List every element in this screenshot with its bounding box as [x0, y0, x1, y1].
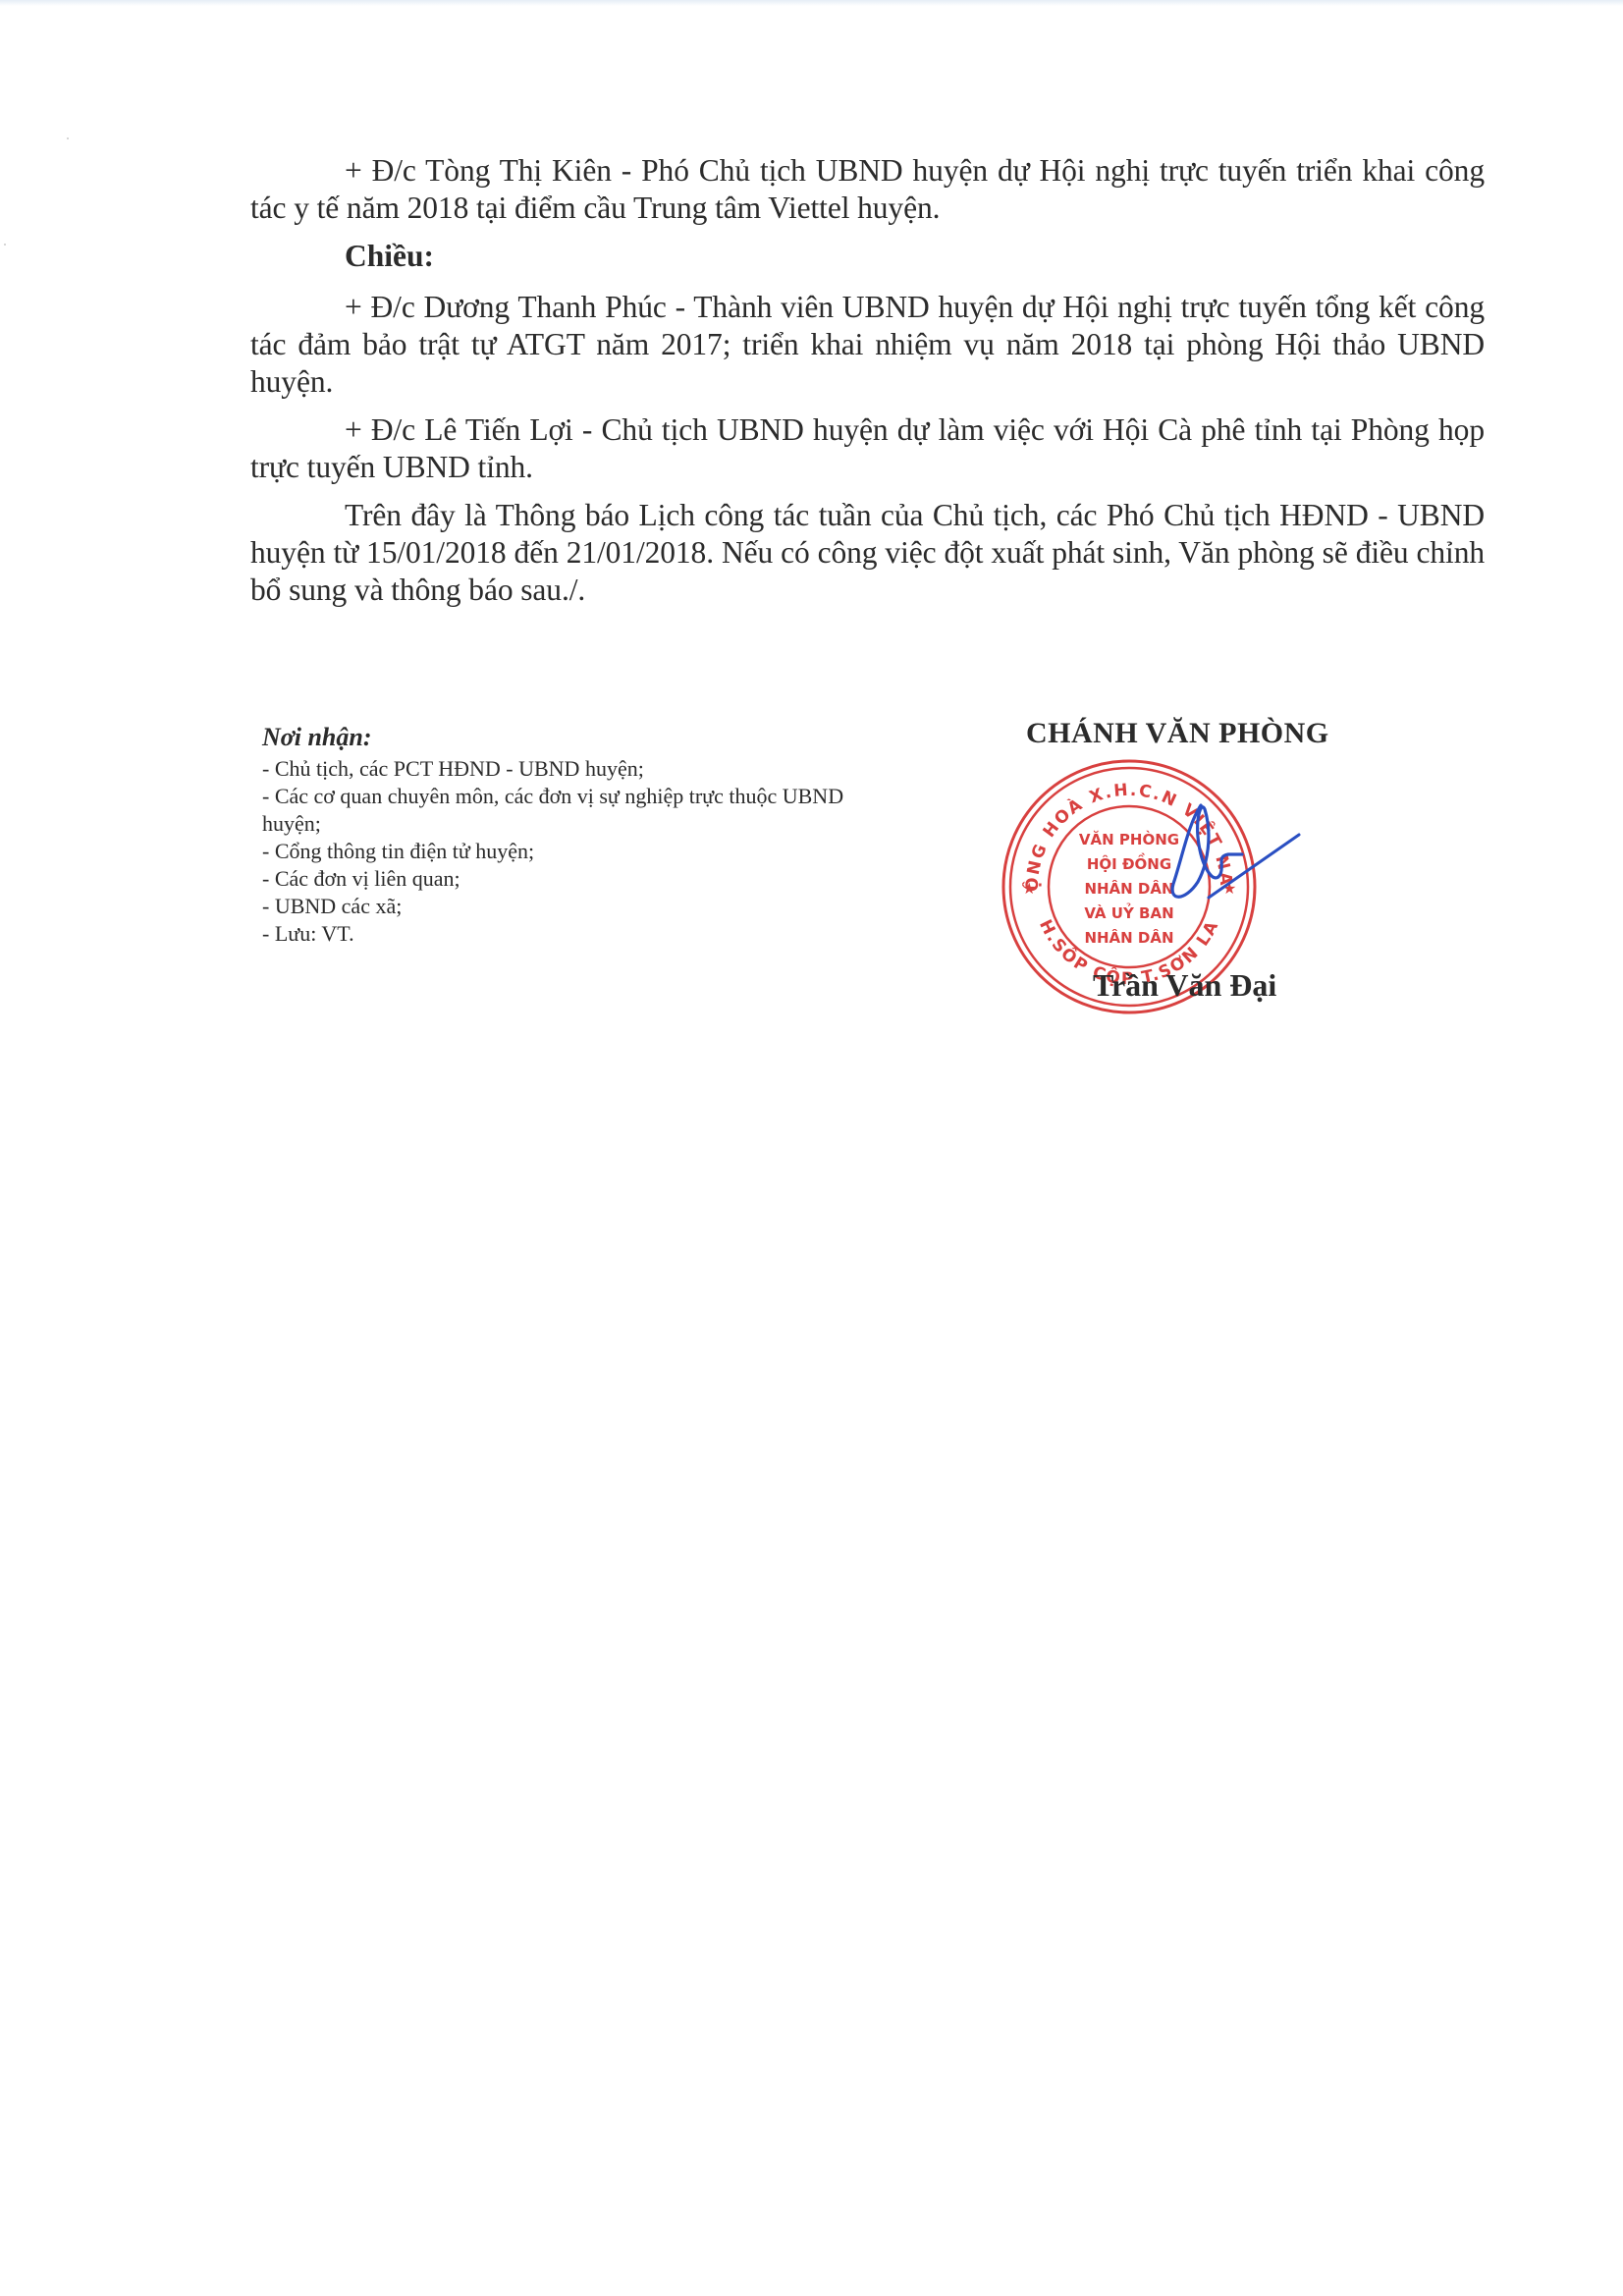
recipient-item: - Các đơn vị liên quan;: [262, 865, 891, 893]
scan-speck: [4, 244, 6, 246]
recipient-item: - Các cơ quan chuyên môn, các đơn vị sự …: [262, 783, 891, 838]
paragraph-duong-thanh-phuc: + Đ/c Dương Thanh Phúc - Thành viên UBND…: [250, 289, 1485, 401]
handwritten-signature-icon: [1144, 795, 1301, 913]
recipient-item: - Cổng thông tin điện tử huyện;: [262, 838, 891, 865]
signature-block: CHÁNH VĂN PHÒNG CỘNG HOÀ X.H.C.N VIỆT NA…: [997, 717, 1458, 1031]
recipient-item: - UBND các xã;: [262, 893, 891, 920]
recipients-title: Nơi nhận:: [262, 722, 891, 753]
recipients-block: Nơi nhận: - Chủ tịch, các PCT HĐND - UBN…: [262, 722, 891, 948]
afternoon-heading: Chiều:: [250, 238, 1485, 275]
signer-title: CHÁNH VĂN PHÒNG: [1026, 717, 1329, 750]
paragraph-le-tien-loi: + Đ/c Lê Tiến Lợi - Chủ tịch UBND huyện …: [250, 411, 1485, 486]
svg-text:★: ★: [1022, 879, 1036, 898]
recipients-list: - Chủ tịch, các PCT HĐND - UBND huyện; -…: [262, 755, 891, 948]
stamp-inner-line: NHÂN DÂN: [1084, 928, 1173, 947]
recipient-item: - Lưu: VT.: [262, 920, 891, 948]
recipient-item: - Chủ tịch, các PCT HĐND - UBND huyện;: [262, 755, 891, 783]
paragraph-tong-thi-kien: + Đ/c Tòng Thị Kiên - Phó Chủ tịch UBND …: [250, 152, 1485, 227]
document-footer: Nơi nhận: - Chủ tịch, các PCT HĐND - UBN…: [250, 722, 1485, 1036]
scan-edge: [0, 0, 1623, 6]
signer-name: Trần Văn Đại: [1093, 967, 1276, 1004]
scan-speck: [67, 137, 69, 139]
document-body: + Đ/c Tòng Thị Kiên - Phó Chủ tịch UBND …: [250, 152, 1485, 621]
closing-paragraph: Trên đây là Thông báo Lịch công tác tuần…: [250, 497, 1485, 609]
